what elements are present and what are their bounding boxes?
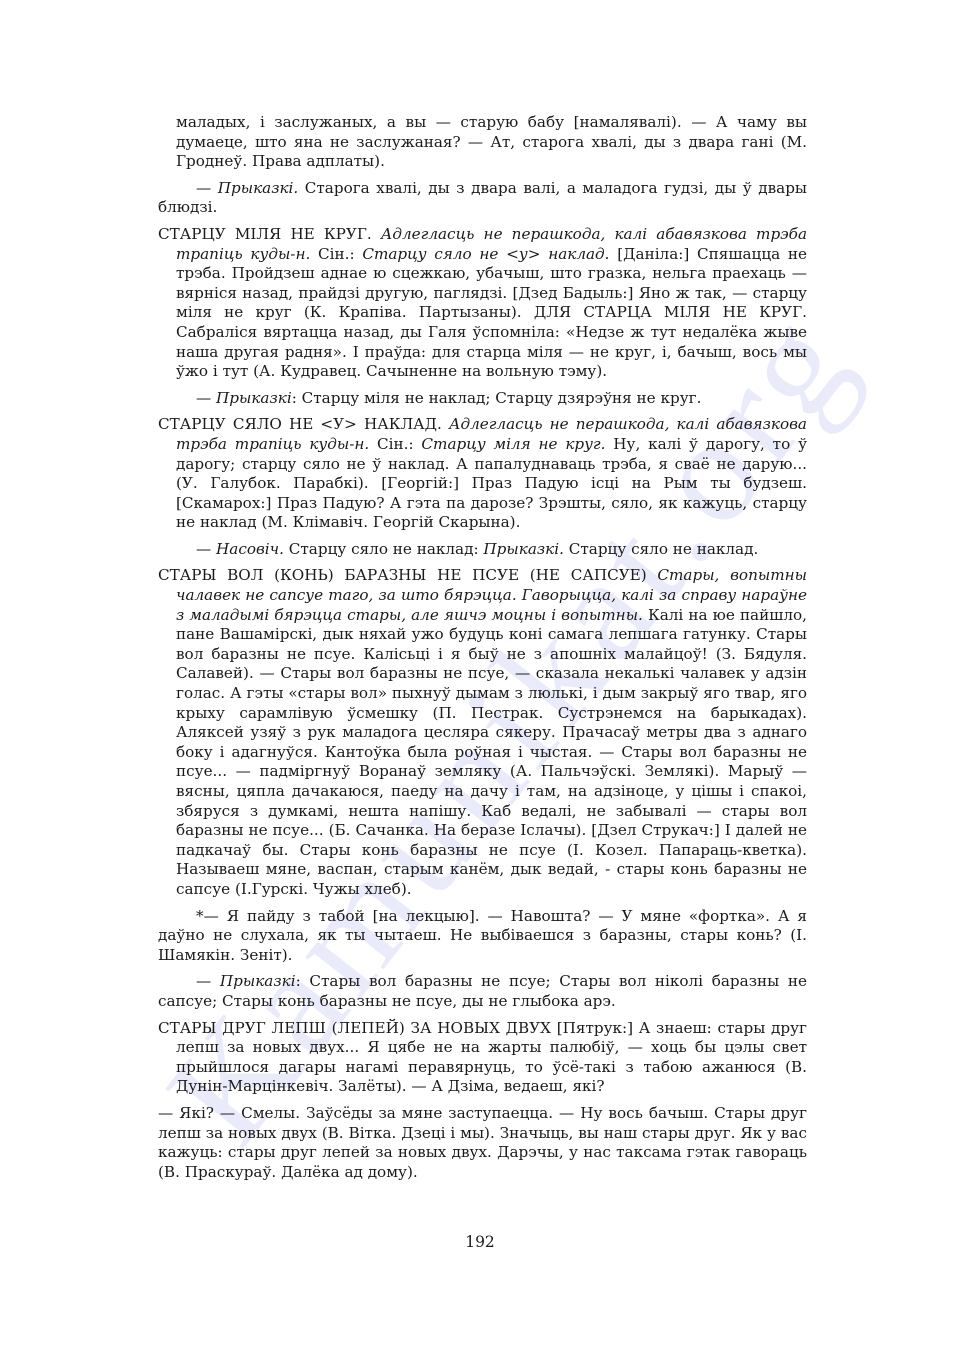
text-run: — Які? — Смелы. Заўсёды за мяне заступае… — [158, 1104, 807, 1181]
text-run: СТАРЦУ СЯЛО НЕ <У> НАКЛАД. — [158, 415, 449, 433]
text-run: Старцу сяло не наклад: — [284, 540, 483, 558]
text-run: СТАРЫ ДРУГ ЛЕПШ (ЛЕПЕЙ) ЗА НОВЫХ ДВУХ [П… — [158, 1019, 807, 1096]
italic-text: Прыказкі — [220, 972, 296, 990]
italic-text: Старцу сяло не <у> наклад. — [362, 245, 609, 263]
text-run: : Старцу міля не наклад; Старцу дзярэўня… — [292, 389, 702, 407]
text-run: [Даніла:] Спяшацца не трэба. Пройдзеш ад… — [176, 245, 807, 381]
paragraph: — Прыказкі: Стары вол баразны не псуе; С… — [158, 972, 807, 1011]
paragraph: — Прыказкі. Старога хвалі, ды з двара ва… — [158, 179, 807, 218]
dictionary-entry: СТАРЫ ДРУГ ЛЕПШ (ЛЕПЕЙ) ЗА НОВЫХ ДВУХ [П… — [158, 1019, 807, 1097]
text-run: *— Я пайду з табой [на лекцыю]. — Навошт… — [158, 907, 807, 964]
dictionary-entry: СТАРЦУ СЯЛО НЕ <У> НАКЛАД. Адлегласць не… — [158, 415, 807, 533]
page-number: 192 — [0, 1233, 960, 1251]
italic-text: Прыказкі — [216, 389, 292, 407]
page-body: маладых, і заслужаных, а вы — старую баб… — [158, 113, 807, 1189]
text-run: Старцу сяло не наклад. — [564, 540, 758, 558]
italic-text: Насовіч. — [216, 540, 284, 558]
text-run: Сін.: — [369, 435, 421, 453]
text-run: Сін.: — [310, 245, 362, 263]
dictionary-entry: СТАРЦУ МІЛЯ НЕ КРУГ. Адлегласць не пераш… — [158, 225, 807, 382]
paragraph: — Насовіч. Старцу сяло не наклад: Прыказ… — [158, 540, 807, 560]
text-run: СТАРЦУ МІЛЯ НЕ КРУГ. — [158, 225, 381, 243]
italic-text: Прыказкі. — [483, 540, 564, 558]
text-run: СТАРЫ ВОЛ (КОНЬ) БАРАЗНЫ НЕ ПСУЕ (НЕ САП… — [158, 566, 657, 584]
paragraph: *— Я пайду з табой [на лекцыю]. — Навошт… — [158, 907, 807, 966]
text-run: маладых, і заслужаных, а вы — старую баб… — [176, 113, 807, 170]
italic-text: Старцу міля не круг. — [421, 435, 605, 453]
text-run: — — [196, 389, 216, 407]
paragraph: маладых, і заслужаных, а вы — старую баб… — [158, 113, 807, 172]
paragraph: — Які? — Смелы. Заўсёды за мяне заступае… — [158, 1104, 807, 1182]
text-run: — — [196, 972, 220, 990]
text-run: — — [196, 179, 218, 197]
dictionary-entry: СТАРЫ ВОЛ (КОНЬ) БАРАЗНЫ НЕ ПСУЕ (НЕ САП… — [158, 566, 807, 899]
italic-text: Прыказкі. — [218, 179, 299, 197]
text-run: — — [196, 540, 216, 558]
paragraph: — Прыказкі: Старцу міля не наклад; Старц… — [158, 389, 807, 409]
text-run: Калі на юе пайшло, пане Вашамірскі, дык … — [176, 606, 807, 898]
